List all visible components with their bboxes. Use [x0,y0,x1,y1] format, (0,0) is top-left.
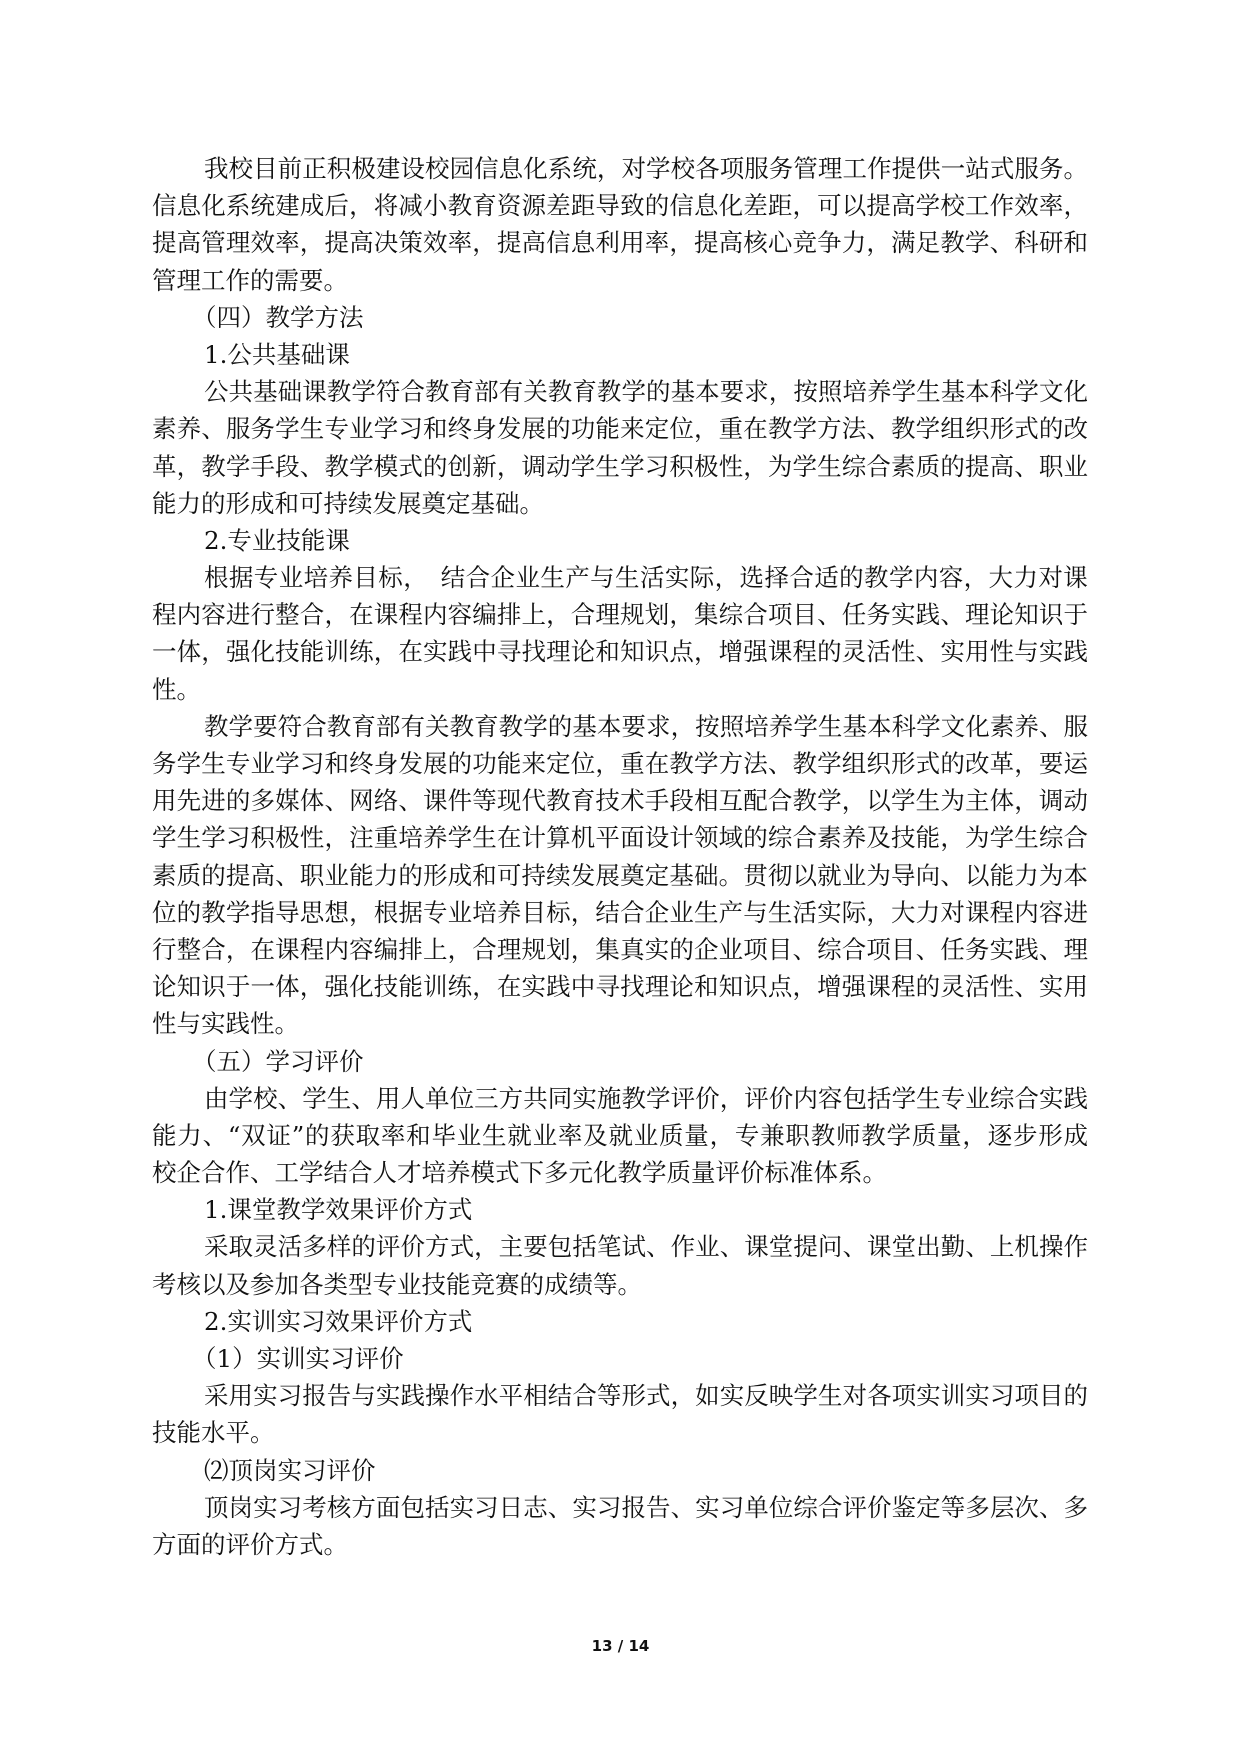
text-line: 技能水平。 [152,1414,1088,1451]
text-line: 信息化系统建成后，将减小教育资源差距导致的信息化差距，可以提高学校工作效率， [152,187,1088,224]
text-line: 用先进的多媒体、网络、课件等现代教育技术手段相互配合教学，以学生为主体，调动 [152,782,1088,819]
text-line: 采用实习报告与实践操作水平相结合等形式，如实反映学生对各项实训实习项目的 [152,1377,1088,1414]
text-line: 教学要符合教育部有关教育教学的基本要求，按照培养学生基本科学文化素养、服 [152,708,1088,745]
text-line: 提高管理效率，提高决策效率，提高信息利用率，提高核心竞争力，满足教学、科研和 [152,224,1088,261]
section-heading: （五）学习评价 [152,1043,1088,1080]
text-line: 2.实训实习效果评价方式 [152,1303,1088,1340]
text-line: 素质的提高、职业能力的形成和可持续发展奠定基础。贯彻以就业为导向、以能力为本 [152,857,1088,894]
text-line: 能力的形成和可持续发展奠定基础。 [152,485,1088,522]
text-line: 方面的评价方式。 [152,1526,1088,1563]
text-line: 行整合，在课程内容编排上，合理规划，集真实的企业项目、综合项目、任务实践、理 [152,931,1088,968]
text-line: 1.课堂教学效果评价方式 [152,1191,1088,1228]
text-line: 考核以及参加各类型专业技能竞赛的成绩等。 [152,1266,1088,1303]
text-line: 革，教学手段、教学模式的创新，调动学生学习积极性，为学生综合素质的提高、职业 [152,448,1088,485]
text-line: 校企合作、工学结合人才培养模式下多元化教学质量评价标准体系。 [152,1154,1088,1191]
text-line: 根据专业培养目标， 结合企业生产与生活实际，选择合适的教学内容，大力对课 [152,559,1088,596]
text-line: 位的教学指导思想，根据专业培养目标，结合企业生产与生活实际，大力对课程内容进 [152,894,1088,931]
text-line: 一体，强化技能训练，在实践中寻找理论和知识点，增强课程的灵活性、实用性与实践 [152,633,1088,670]
text-line: 由学校、学生、用人单位三方共同实施教学评价，评价内容包括学生专业综合实践 [152,1080,1088,1117]
text-line: 学生学习积极性，注重培养学生在计算机平面设计领域的综合素养及技能，为学生综合 [152,819,1088,856]
text-line: 我校目前正积极建设校园信息化系统，对学校各项服务管理工作提供一站式服务。 [152,150,1088,187]
section-heading: （1）实训实习评价 [152,1340,1088,1377]
text-line: ⑵顶岗实习评价 [152,1452,1088,1489]
text-line: 采取灵活多样的评价方式，主要包括笔试、作业、课堂提问、课堂出勤、上机操作 [152,1228,1088,1265]
text-line: 1.公共基础课 [152,336,1088,373]
text-line: 顶岗实习考核方面包括实习日志、实习报告、实习单位综合评价鉴定等多层次、多 [152,1489,1088,1526]
text-line: 性。 [152,671,1088,708]
section-heading: （四）教学方法 [152,299,1088,336]
text-line: 务学生专业学习和终身发展的功能来定位，重在教学方法、教学组织形式的改革，要运 [152,745,1088,782]
text-line: 能力、“双证”的获取率和毕业生就业率及就业质量，专兼职教师教学质量，逐步形成 [152,1117,1088,1154]
text-line: 性与实践性。 [152,1005,1088,1042]
text-line: 素养、服务学生专业学习和终身发展的功能来定位，重在教学方法、教学组织形式的改 [152,410,1088,447]
text-line: 程内容进行整合，在课程内容编排上，合理规划，集综合项目、任务实践、理论知识于 [152,596,1088,633]
text-line: 2.专业技能课 [152,522,1088,559]
document-page: 我校目前正积极建设校园信息化系统，对学校各项服务管理工作提供一站式服务。信息化系… [152,150,1088,1563]
text-line: 管理工作的需要。 [152,262,1088,299]
text-line: 公共基础课教学符合教育部有关教育教学的基本要求，按照培养学生基本科学文化 [152,373,1088,410]
page-number: 13 / 14 [0,1637,1241,1655]
text-line: 论知识于一体，强化技能训练，在实践中寻找理论和知识点，增强课程的灵活性、实用 [152,968,1088,1005]
